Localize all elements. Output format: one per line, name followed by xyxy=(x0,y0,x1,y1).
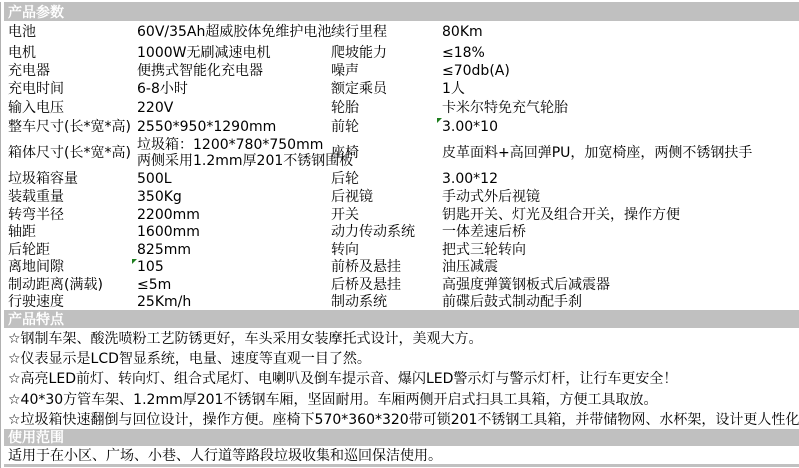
param-label: 转向 xyxy=(327,241,438,258)
param-label: 后桥及悬挂 xyxy=(327,276,438,294)
param-label: 额定乘员 xyxy=(327,80,438,98)
param-value: 手动式外后视镜 xyxy=(438,188,799,206)
product-spec-page: 产品参数 电池 60V/35Ah超威胶体免维护电池 续行里程 80Km 电机 1… xyxy=(0,0,799,468)
param-label: 垃圾箱容量 xyxy=(4,170,133,188)
feature-item: ☆垃圾箱快速翻倒与回位设计，操作方便。座椅下570*360*320带可锁201不… xyxy=(4,409,799,429)
param-label: 制动距离(满载) xyxy=(4,276,133,294)
param-label: 充电器 xyxy=(4,62,133,80)
feature-item: ☆高亮LED前灯、转向灯、组合式尾灯、电喇叭及倒车提示音、爆闪LED警示灯与警示… xyxy=(4,368,799,388)
param-label: 制动系统 xyxy=(327,294,438,310)
param-value: 825mm xyxy=(133,241,327,258)
param-value: ≤70db(A) xyxy=(438,62,799,80)
param-label: 前桥及悬挂 xyxy=(327,258,438,276)
param-value: 高强度弹簧钢板式后减震器 xyxy=(438,276,799,294)
param-label: 电池 xyxy=(4,21,133,43)
param-label: 动力传动系统 xyxy=(327,223,438,241)
param-value-text: 105 xyxy=(137,259,164,275)
param-label: 前轮 xyxy=(327,117,438,136)
param-value: 2550*950*1290mm xyxy=(133,117,327,136)
param-value: 便携式智能化充电器 xyxy=(133,62,327,80)
param-value: 卡米尔特免充气轮胎 xyxy=(438,98,799,117)
param-value-line2: 两侧采用1.2mm厚201不锈钢围板 xyxy=(137,153,353,169)
param-label: 轴距 xyxy=(4,223,133,241)
param-value: 皮革面料+高回弹PU，加宽椅座，两侧不锈钢扶手 xyxy=(438,136,799,170)
param-value: 80Km xyxy=(438,21,799,43)
section-title: 产品特点 xyxy=(8,309,64,329)
param-value: 220V xyxy=(133,98,327,117)
param-label: 续行里程 xyxy=(327,21,438,43)
param-value: 350Kg xyxy=(133,188,327,206)
param-value: 1000W无刷减速电机 xyxy=(133,43,327,62)
param-value: 3.00*12 xyxy=(438,170,799,188)
error-marker-icon xyxy=(437,118,442,123)
param-value: 6-8小时 xyxy=(133,80,327,98)
feature-item: ☆钢制车架、酸洗喷粉工艺防锈更好，车头采用女装摩托式设计，美观大方。 xyxy=(4,328,799,348)
section-header-usage: 使用范围 xyxy=(4,429,799,446)
param-value: 105 xyxy=(133,258,327,276)
param-value: 前碟后鼓式制动配手刹 xyxy=(438,294,799,310)
feature-item: ☆仪表显示是LCD智显系统，电量、速度等直观一目了然。 xyxy=(4,348,799,368)
section-title: 产品参数 xyxy=(8,2,64,22)
param-value: 3.00*10 xyxy=(438,117,799,136)
section-header-features: 产品特点 xyxy=(4,310,799,328)
param-value: 一体差速后桥 xyxy=(438,223,799,241)
param-label: 离地间隙 xyxy=(4,258,133,276)
feature-item: ☆40*30方管车架、1.2mm厚201不锈钢车厢，坚固耐用。车厢两侧开启式扫具… xyxy=(4,389,799,409)
section-header-params: 产品参数 xyxy=(4,2,799,21)
param-value: 2200mm xyxy=(133,206,327,223)
error-marker-icon xyxy=(132,259,137,264)
param-label: 座椅 xyxy=(327,136,438,170)
param-label: 噪声 xyxy=(327,62,438,80)
usage-text: 适用于在小区、广场、小巷、人行道等路段垃圾收集和巡回保洁使用。 xyxy=(4,446,799,464)
param-label: 行驶速度 xyxy=(4,294,133,310)
left-border-line xyxy=(0,2,1,468)
param-label: 开关 xyxy=(327,206,438,223)
param-label: 转弯半径 xyxy=(4,206,133,223)
param-label: 箱体尺寸(长*宽*高) xyxy=(4,136,133,170)
param-value: 垃圾箱：1200*780*750mm 两侧采用1.2mm厚201不锈钢围板 xyxy=(133,136,327,170)
param-label: 后轮距 xyxy=(4,241,133,258)
features-list: ☆钢制车架、酸洗喷粉工艺防锈更好，车头采用女装摩托式设计，美观大方。 ☆仪表显示… xyxy=(4,328,799,429)
param-value-text: 3.00*10 xyxy=(442,119,498,135)
param-value: ≤5m xyxy=(133,276,327,294)
param-label: 输入电压 xyxy=(4,98,133,117)
param-value: 1600mm xyxy=(133,223,327,241)
param-value: 500L xyxy=(133,170,327,188)
param-label: 电机 xyxy=(4,43,133,62)
param-label: 后轮 xyxy=(327,170,438,188)
param-label: 爬坡能力 xyxy=(327,43,438,62)
param-value: 1人 xyxy=(438,80,799,98)
params-table: 电池 60V/35Ah超威胶体免维护电池 续行里程 80Km 电机 1000W无… xyxy=(4,21,799,310)
param-value: 钥匙开关、灯光及组合开关，操作方便 xyxy=(438,206,799,223)
param-label: 整车尺寸(长*宽*高) xyxy=(4,117,133,136)
param-label: 后视镜 xyxy=(327,188,438,206)
param-value: 油压减震 xyxy=(438,258,799,276)
param-value: 60V/35Ah超威胶体免维护电池 xyxy=(133,21,327,43)
param-label: 轮胎 xyxy=(327,98,438,117)
param-value: ≤18% xyxy=(438,43,799,62)
param-label: 充电时间 xyxy=(4,80,133,98)
param-label: 装载重量 xyxy=(4,188,133,206)
param-value-line1: 垃圾箱：1200*780*750mm xyxy=(137,137,323,153)
param-value: 把式三轮转向 xyxy=(438,241,799,258)
param-value: 25Km/h xyxy=(133,294,327,310)
